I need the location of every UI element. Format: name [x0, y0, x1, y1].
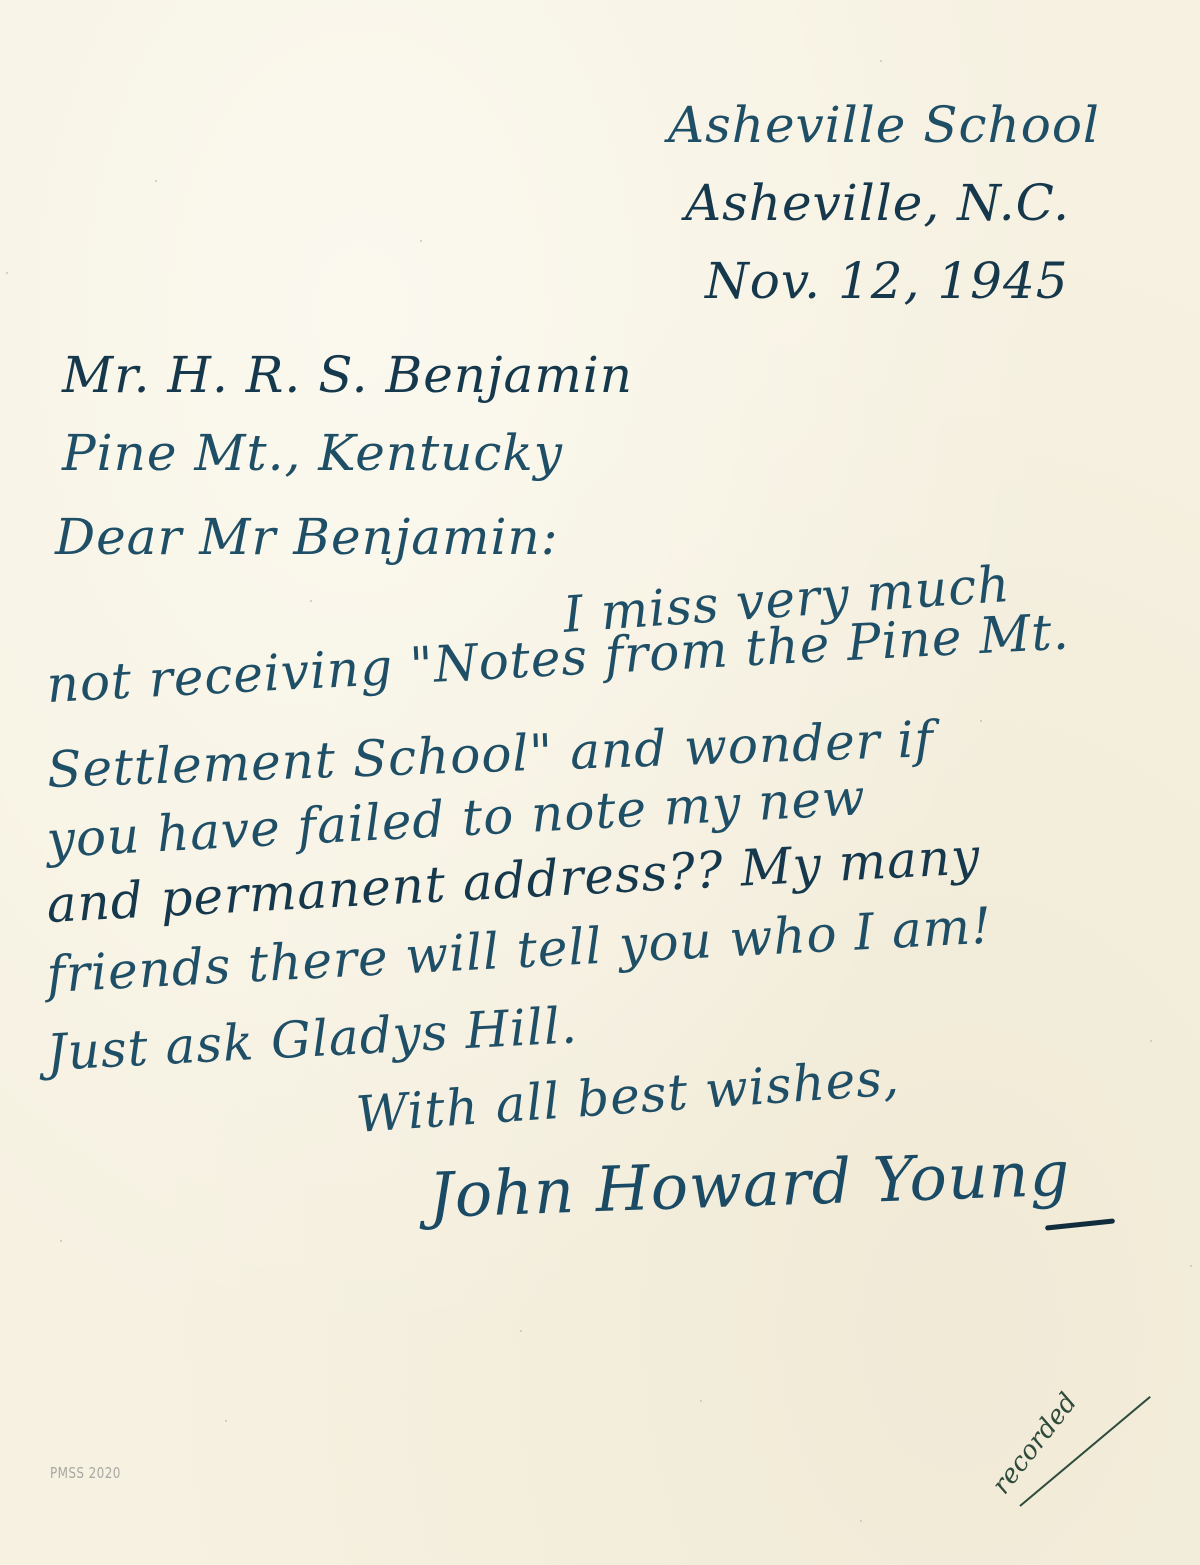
paper-speck: [6, 272, 8, 274]
paper-speck: [310, 600, 312, 602]
paper-speck: [980, 720, 982, 722]
body-line: not receiving "Notes from the Pine Mt.: [45, 606, 1070, 710]
salutation: Dear Mr Benjamin:: [55, 512, 559, 562]
signature-flourish: [1045, 1218, 1115, 1230]
paper-speck: [225, 1420, 227, 1422]
paper-speck: [60, 1240, 62, 1242]
recipient-name: Mr. H. R. S. Benjamin: [62, 350, 633, 400]
paper-speck: [520, 1330, 522, 1332]
paper-speck: [1190, 1265, 1192, 1267]
signature: John Howard Young: [428, 1143, 1071, 1227]
recorded-mark: recorded: [986, 1388, 1083, 1500]
paper-speck: [420, 240, 422, 242]
closing: With all best wishes,: [355, 1052, 902, 1140]
archive-watermark: PMSS 2020: [50, 1464, 121, 1482]
recipient-location: Pine Mt., Kentucky: [62, 428, 563, 478]
paper-speck: [860, 1520, 862, 1522]
paper-speck: [1150, 1040, 1152, 1042]
body-line: Just ask Gladys Hill.: [45, 1000, 578, 1078]
heading-school: Asheville School: [668, 100, 1100, 150]
paper-speck: [880, 60, 882, 62]
paper-speck: [155, 180, 157, 182]
heading-date: Nov. 12, 1945: [705, 256, 1069, 306]
heading-city: Asheville, N.C.: [685, 178, 1070, 228]
letter-page: Asheville School Asheville, N.C. Nov. 12…: [0, 0, 1200, 1565]
paper-speck: [700, 1400, 702, 1402]
